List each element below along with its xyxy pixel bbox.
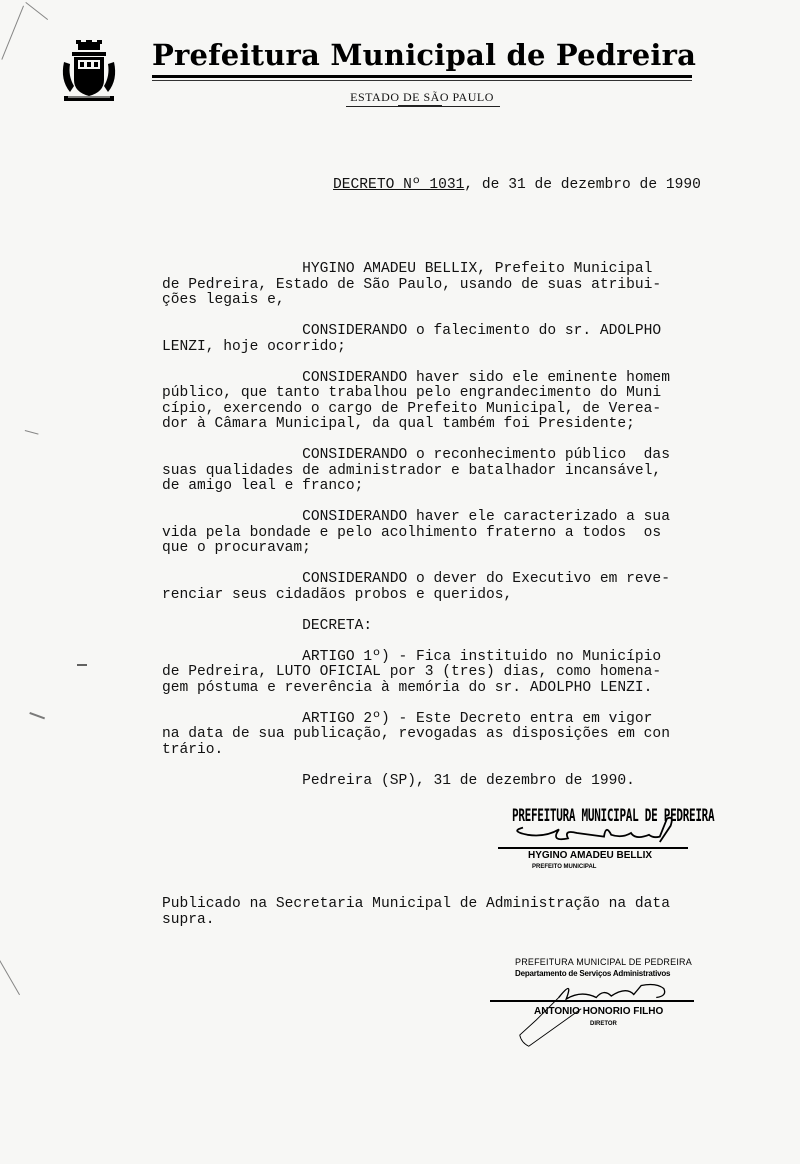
text-line — [162, 355, 670, 371]
text-line: de Pedreira, Estado de São Paulo, usando… — [162, 278, 670, 294]
text-line — [162, 557, 670, 573]
subtitle-rule-accent — [398, 105, 442, 107]
text-line: público, que tanto trabalhou pelo engran… — [162, 386, 670, 402]
text-line: Publicado na Secretaria Municipal de Adm… — [162, 897, 670, 913]
text-line — [162, 495, 670, 511]
scan-scratch — [25, 2, 48, 20]
text-line: LENZI, hoje ocorrido; — [162, 340, 670, 356]
letterhead-title: Prefeitura Municipal de Pedreira — [152, 38, 694, 72]
mayor-role: PREFEITO MUNICIPAL — [532, 864, 596, 870]
text-line: cípio, exercendo o cargo de Prefeito Mun… — [162, 402, 670, 418]
text-line: supra. — [162, 913, 670, 929]
text-line: ções legais e, — [162, 293, 670, 309]
decree-heading: DECRETO Nº 1031, de 31 de dezembro de 19… — [298, 162, 701, 209]
director-signature — [485, 975, 715, 1065]
text-line: Pedreira (SP), 31 de dezembro de 1990. — [162, 774, 670, 790]
coat-of-arms-icon — [60, 40, 118, 102]
text-line: de amigo leal e franco; — [162, 479, 670, 495]
text-line — [162, 603, 670, 619]
text-line: HYGINO AMADEU BELLIX, Prefeito Municipal — [162, 262, 670, 278]
text-line: na data de sua publicação, revogadas as … — [162, 727, 670, 743]
scan-scratch — [1, 6, 24, 60]
scan-mark — [29, 712, 45, 719]
mayor-name: HYGINO AMADEU BELLIX — [528, 850, 652, 861]
text-line: CONSIDERANDO o falecimento do sr. ADOLPH… — [162, 324, 670, 340]
decree-body: HYGINO AMADEU BELLIX, Prefeito Municipal… — [162, 262, 670, 789]
text-line: CONSIDERANDO haver ele caracterizado a s… — [162, 510, 670, 526]
text-line: suas qualidades de administrador e batal… — [162, 464, 670, 480]
text-line: trário. — [162, 743, 670, 759]
text-line: de Pedreira, LUTO OFICIAL por 3 (tres) d… — [162, 665, 670, 681]
text-line: gem póstuma e reverência à memória do sr… — [162, 681, 670, 697]
text-line: CONSIDERANDO o dever do Executivo em rev… — [162, 572, 670, 588]
text-line: ARTIGO 1º) - Fica instituido no Municípi… — [162, 650, 670, 666]
text-line: vida pela bondade e pelo acolhimento fra… — [162, 526, 670, 542]
scanned-document-page: Prefeitura Municipal de Pedreira ESTADO … — [0, 0, 800, 1164]
decree-number: DECRETO Nº 1031 — [333, 177, 464, 193]
text-line — [162, 309, 670, 325]
director-role: DIRETOR — [590, 1021, 617, 1027]
director-stamp-header: PREFEITURA MUNICIPAL DE PEDREIRA — [515, 957, 692, 967]
text-line — [162, 696, 670, 712]
text-line: dor à Câmara Municipal, da qual também f… — [162, 417, 670, 433]
text-line: CONSIDERANDO o reconhecimento público da… — [162, 448, 670, 464]
text-line — [162, 758, 670, 774]
publication-note: Publicado na Secretaria Municipal de Adm… — [162, 897, 670, 928]
text-line: que o procuravam; — [162, 541, 670, 557]
scan-mark — [25, 430, 39, 435]
director-signature-line — [490, 1000, 694, 1002]
scan-scratch — [0, 960, 20, 995]
decree-date: , de 31 de dezembro de 1990 — [464, 177, 700, 193]
text-line — [162, 433, 670, 449]
text-line — [162, 634, 670, 650]
title-rule — [152, 75, 692, 78]
director-name: ANTONIO HONORIO FILHO — [534, 1006, 663, 1017]
letterhead-subtitle: ESTADO DE SÃO PAULO — [322, 90, 522, 105]
mayor-signature-line — [498, 847, 688, 849]
scan-mark — [77, 664, 87, 666]
mayor-signature — [500, 815, 690, 851]
title-rule-thin — [152, 80, 692, 81]
text-line: renciar seus cidadãos probos e queridos, — [162, 588, 670, 604]
text-line: DECRETA: — [162, 619, 670, 635]
text-line: ARTIGO 2º) - Este Decreto entra em vigor — [162, 712, 670, 728]
text-line: CONSIDERANDO haver sido ele eminente hom… — [162, 371, 670, 387]
